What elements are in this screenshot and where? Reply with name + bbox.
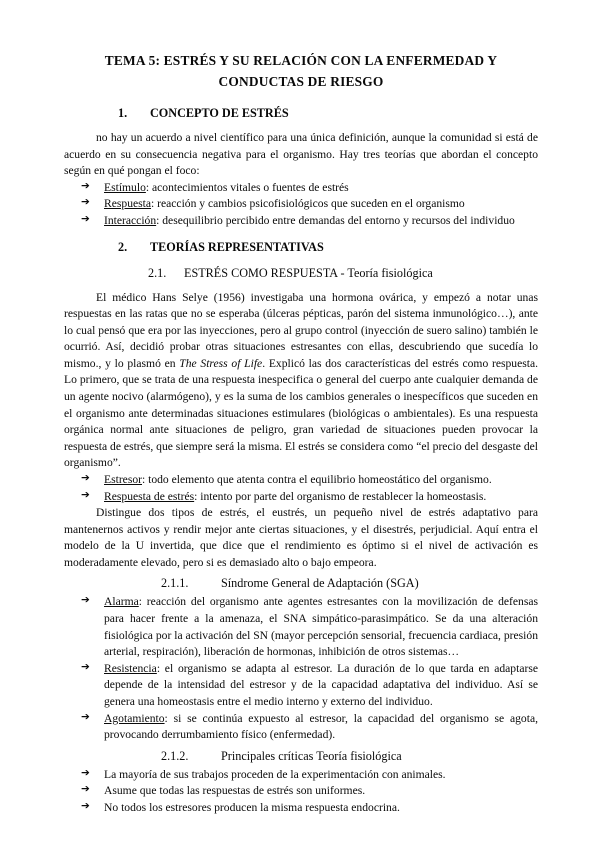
section-number: 2.1.2.: [161, 748, 221, 765]
arrow-bullet-icon: ➔: [81, 195, 90, 210]
bullet-text: : si se continúa expuesto al estresor, l…: [104, 712, 538, 742]
subsection-heading-sga: 2.1.1. Síndrome General de Adaptación (S…: [161, 575, 538, 592]
arrow-bullet-icon: ➔: [81, 593, 90, 608]
bullet-term: Respuesta: [104, 197, 151, 210]
arrow-bullet-icon: ➔: [81, 766, 90, 781]
bullet-text: : acontecimientos vitales o fuentes de e…: [146, 181, 349, 194]
list-item: ➔ No todos los estresores producen la mi…: [64, 800, 538, 817]
list-item: ➔ Resistencia: el organismo se adapta al…: [64, 661, 538, 711]
list-item: ➔ Estímulo: acontecimientos vitales o fu…: [64, 180, 538, 197]
bullet-list-sga-fases: ➔ Alarma: reacción del organismo ante ag…: [64, 594, 538, 743]
bullet-list-conceptos: ➔ Estresor: todo elemento que atenta con…: [64, 472, 538, 505]
section-title: Síndrome General de Adaptación (SGA): [221, 575, 419, 592]
arrow-bullet-icon: ➔: [81, 660, 90, 675]
arrow-bullet-icon: ➔: [81, 471, 90, 486]
bullet-term: Alarma: [104, 595, 139, 608]
list-item: ➔ Estresor: todo elemento que atenta con…: [64, 472, 538, 489]
paragraph-selye: El médico Hans Selye (1956) investigaba …: [64, 290, 538, 472]
bullet-list-foco: ➔ Estímulo: acontecimientos vitales o fu…: [64, 180, 538, 230]
bullet-term: Respuesta de estrés: [104, 490, 194, 503]
document-page: TEMA 5: ESTRÉS Y SU RELACIÓN CON LA ENFE…: [0, 0, 600, 848]
section-heading-concepto: 1. CONCEPTO DE ESTRÉS: [118, 105, 538, 122]
arrow-bullet-icon: ➔: [81, 782, 90, 797]
section-number: 2.1.: [148, 265, 184, 282]
bullet-list-criticas: ➔ La mayoría de sus trabajos proceden de…: [64, 767, 538, 817]
book-title: The Stress of Life: [179, 357, 262, 370]
section-number: 2.: [118, 239, 150, 256]
bullet-term: Agotamiento: [104, 712, 165, 725]
list-item: ➔ Respuesta: reacción y cambios psicofis…: [64, 196, 538, 213]
bullet-text: Asume que todas las respuestas de estrés…: [104, 784, 365, 797]
list-item: ➔ La mayoría de sus trabajos proceden de…: [64, 767, 538, 784]
document-title-line-1: TEMA 5: ESTRÉS Y SU RELACIÓN CON LA ENFE…: [64, 50, 538, 71]
section-title: CONCEPTO DE ESTRÉS: [150, 105, 289, 122]
arrow-bullet-icon: ➔: [81, 799, 90, 814]
bullet-term: Estímulo: [104, 181, 146, 194]
arrow-bullet-icon: ➔: [81, 488, 90, 503]
bullet-term: Estresor: [104, 473, 142, 486]
arrow-bullet-icon: ➔: [81, 710, 90, 725]
section-title: TEORÍAS REPRESENTATIVAS: [150, 239, 324, 256]
bullet-text: : el organismo se adapta al estresor. La…: [104, 662, 538, 708]
section-heading-teorias: 2. TEORÍAS REPRESENTATIVAS: [118, 239, 538, 256]
list-item: ➔ Interacción: desequilibrio percibido e…: [64, 213, 538, 230]
arrow-bullet-icon: ➔: [81, 212, 90, 227]
bullet-text: No todos los estresores producen la mism…: [104, 801, 400, 814]
section-number: 2.1.1.: [161, 575, 221, 592]
bullet-text: : todo elemento que atenta contra el equ…: [142, 473, 492, 486]
list-item: ➔ Agotamiento: si se continúa expuesto a…: [64, 711, 538, 744]
bullet-term: Interacción: [104, 214, 156, 227]
section-title: Principales críticas Teoría fisiológica: [221, 748, 402, 765]
subsection-heading-respuesta: 2.1. ESTRÉS COMO RESPUESTA - Teoría fisi…: [148, 265, 538, 282]
subsection-heading-criticas: 2.1.2. Principales críticas Teoría fisio…: [161, 748, 538, 765]
document-title-line-2: CONDUCTAS DE RIESGO: [64, 71, 538, 92]
bullet-text: : reacción del organismo ante agentes es…: [104, 595, 538, 658]
bullet-text: : reacción y cambios psicofisiológicos q…: [151, 197, 465, 210]
paragraph-distingue: Distingue dos tipos de estrés, el eustré…: [64, 505, 538, 571]
bullet-text: La mayoría de sus trabajos proceden de l…: [104, 768, 446, 781]
paragraph-text: . Explicó las dos características del es…: [64, 357, 538, 469]
paragraph-intro: no hay un acuerdo a nivel científico par…: [64, 130, 538, 180]
bullet-text: : desequilibrio percibido entre demandas…: [156, 214, 515, 227]
list-item: ➔ Alarma: reacción del organismo ante ag…: [64, 594, 538, 660]
document-title: TEMA 5: ESTRÉS Y SU RELACIÓN CON LA ENFE…: [64, 50, 538, 93]
list-item: ➔ Respuesta de estrés: intento por parte…: [64, 489, 538, 506]
arrow-bullet-icon: ➔: [81, 179, 90, 194]
section-title: ESTRÉS COMO RESPUESTA - Teoría fisiológi…: [184, 265, 433, 282]
bullet-text: : intento por parte del organismo de res…: [194, 490, 486, 503]
list-item: ➔ Asume que todas las respuestas de estr…: [64, 783, 538, 800]
bullet-term: Resistencia: [104, 662, 157, 675]
section-number: 1.: [118, 105, 150, 122]
